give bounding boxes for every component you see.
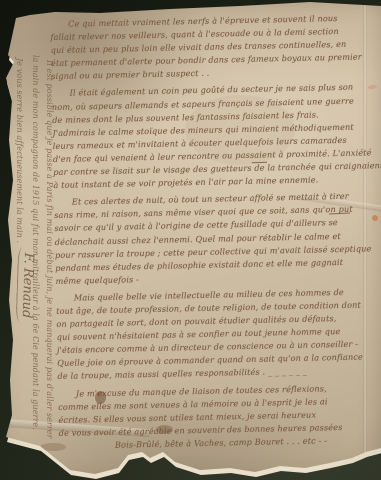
photo-background: Ce qui mettait vraiment les nerfs à l'ép… bbox=[0, 0, 381, 480]
photo-vignette bbox=[0, 0, 381, 480]
